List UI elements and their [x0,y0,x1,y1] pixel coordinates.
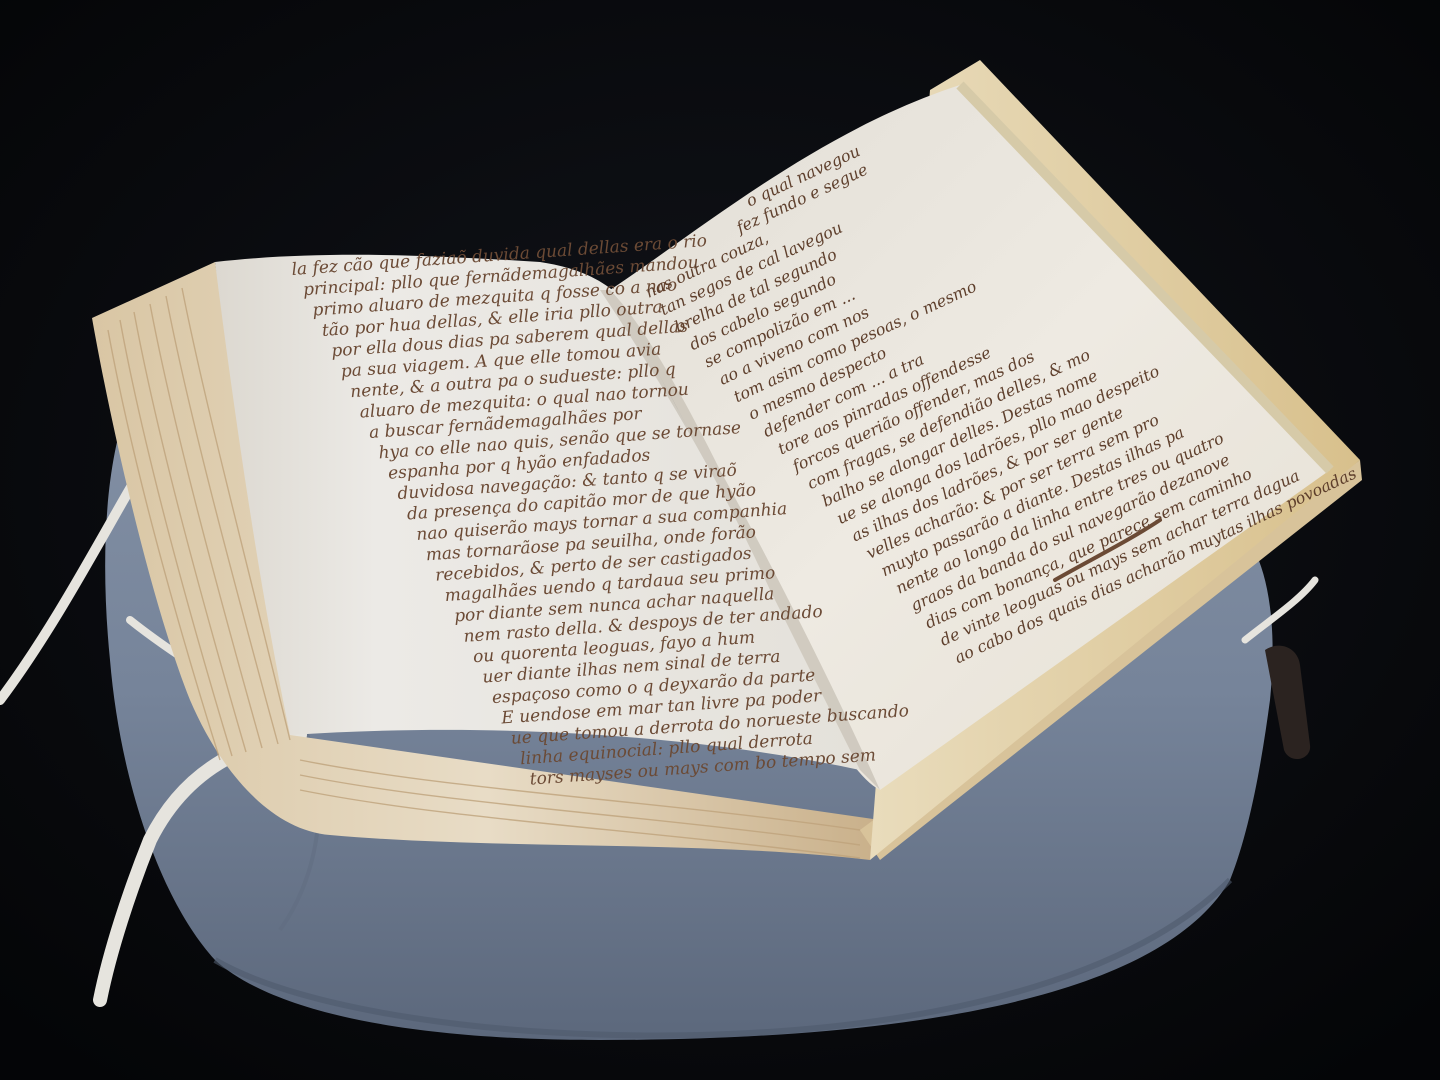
manuscript-photo: la fez cão que faziaõ duvida qual dellas… [0,0,1440,1080]
photo-scene: Historic Portuguese manuscript volume op… [0,0,1440,1080]
